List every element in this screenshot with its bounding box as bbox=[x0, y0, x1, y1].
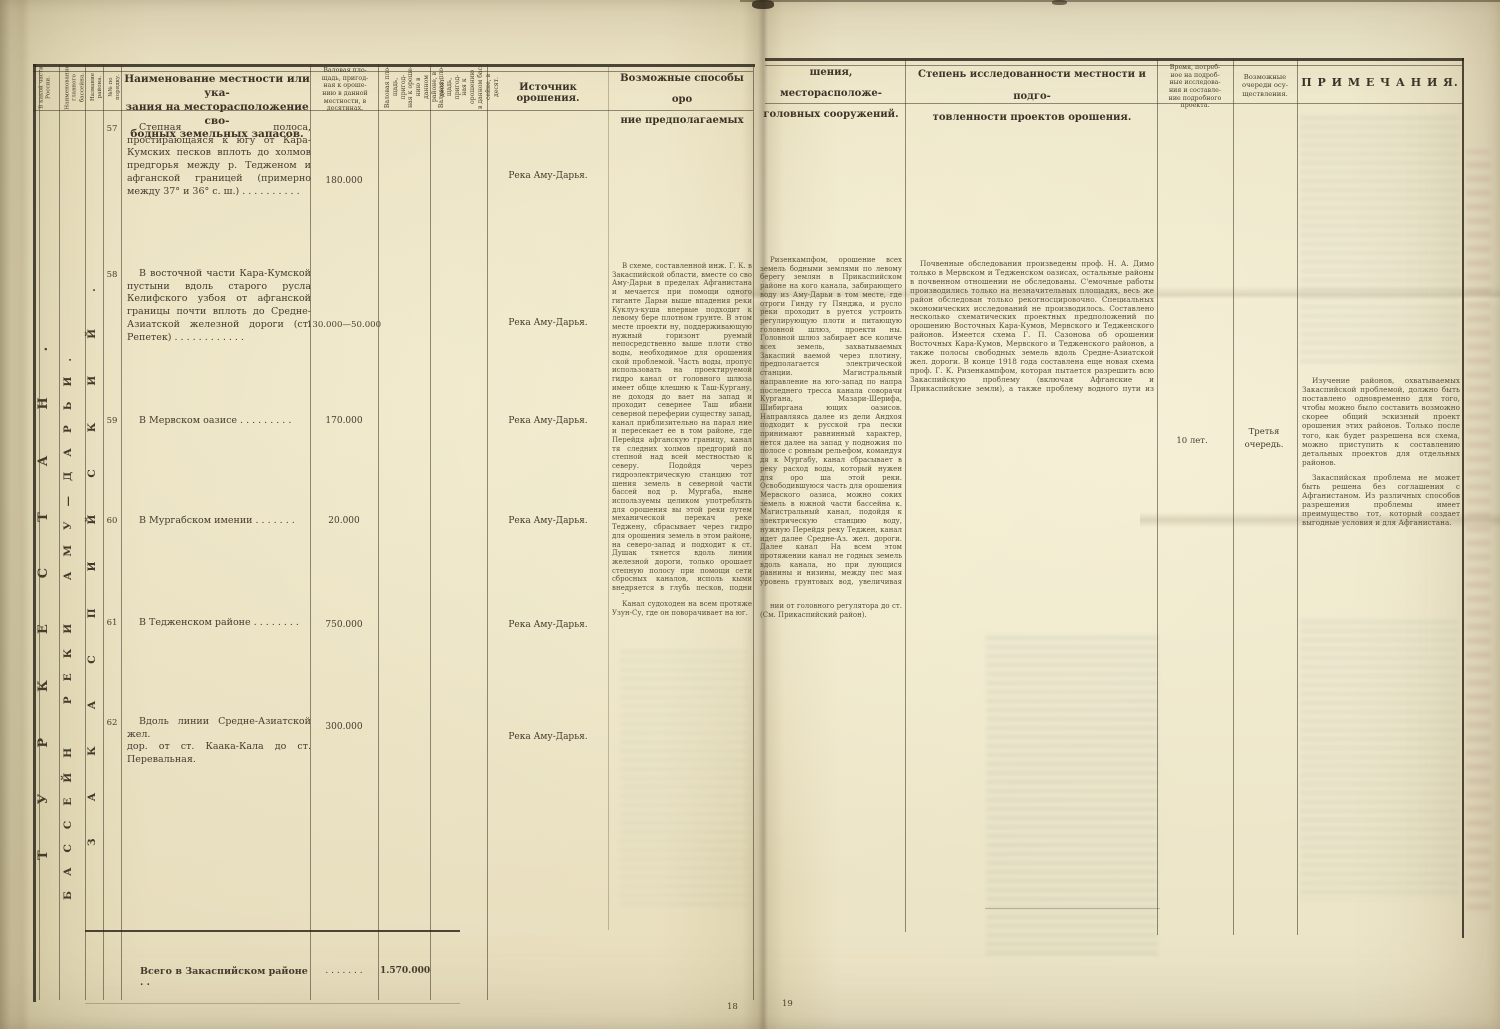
total-dots: . . . . . . . bbox=[312, 966, 376, 976]
grid-line bbox=[765, 58, 1464, 61]
grid-line bbox=[985, 908, 1160, 909]
notes-paragraph: Закаспийская проблема не может быть реше… bbox=[1302, 473, 1460, 528]
col-header-methods-right: шения, месторасположе- головных сооружен… bbox=[757, 62, 905, 125]
row-locality: В Тедженском районе . . . . . . . . bbox=[127, 617, 311, 628]
col-header-source: Источник орошения. bbox=[490, 82, 606, 104]
grid-line bbox=[487, 64, 488, 1000]
col-header-row-number: №№ по порядку. bbox=[108, 64, 116, 110]
methods-right-paragraph: нии от головного регулятора до ст. (См. … bbox=[760, 602, 902, 619]
row-area: 20.000 bbox=[310, 516, 378, 526]
col-header-research: Степень исследованности местности и подг… bbox=[908, 64, 1156, 129]
grid-line bbox=[753, 64, 754, 1000]
side-label-basin: БАССЕЙН РЕКИ АМУ—ДАРЬИ. bbox=[62, 200, 80, 900]
col-header-methods-left: Возможные способы оро ние предполагаемых bbox=[610, 68, 754, 131]
bleedthrough-margin-text bbox=[1466, 150, 1490, 910]
col-header-part-of-russia: В какой части России. bbox=[39, 66, 54, 110]
total-rule bbox=[85, 930, 460, 932]
methods-column-right: Ризенкампфом, орошение всех земель бодны… bbox=[760, 256, 902, 625]
grid-line bbox=[430, 64, 431, 1000]
row-source: Река Аму-Дарья. bbox=[491, 171, 605, 181]
grid-line bbox=[905, 58, 906, 932]
row-source: Река Аму-Дарья. bbox=[491, 318, 605, 328]
row-area: 170.000 bbox=[310, 416, 378, 426]
col-header-time: Время, потреб- ное на подроб- ные исслед… bbox=[1159, 64, 1231, 110]
row-number: 61 bbox=[103, 618, 121, 628]
col-header-area-basin: Валовая пло- щадь, пригод- ная к орошени… bbox=[438, 65, 478, 109]
grid-line bbox=[103, 64, 104, 1000]
row-area: 750.000 bbox=[310, 620, 378, 630]
row-locality: Степная полоса, простирающаяся к югу от … bbox=[127, 122, 311, 198]
research-column-text: Почвенные обследования произведены проф.… bbox=[910, 260, 1154, 394]
row-number: 59 bbox=[103, 416, 121, 426]
grid-line bbox=[608, 64, 609, 930]
row-source: Река Аму-Дарья. bbox=[491, 620, 605, 630]
bleedthrough-text bbox=[1300, 620, 1458, 900]
scanned-book-spread: В какой части России. Наименование главн… bbox=[0, 0, 1500, 1029]
row-area: 180.000 bbox=[310, 176, 378, 186]
row-source: Река Аму-Дарья. bbox=[491, 416, 605, 426]
grid-line bbox=[1462, 58, 1464, 938]
notes-column: Изучение районов, охватываемых Закаспийс… bbox=[1302, 376, 1460, 534]
side-label-district: ЗАКАСПИЙСКИЙ. bbox=[86, 166, 102, 846]
row-number: 60 bbox=[103, 516, 121, 526]
row-source: Река Аму-Дарья. bbox=[491, 516, 605, 526]
col-header-district-name: Название района. bbox=[90, 64, 98, 110]
total-label: Всего в Закаспийском районе . . bbox=[140, 966, 312, 988]
row-area: 130.000—50.000 bbox=[305, 320, 383, 330]
left-scan-edge bbox=[0, 0, 30, 1029]
grid-line bbox=[1297, 58, 1298, 935]
row-source: Река Аму-Дарья. bbox=[491, 732, 605, 742]
row-number: 57 bbox=[103, 124, 121, 134]
scan-top-edge bbox=[740, 0, 1500, 2]
queue-value: Третья очередь. bbox=[1233, 426, 1295, 452]
row-locality: Вдоль линии Средне-Азиатской жел. дор. о… bbox=[127, 716, 311, 767]
row-locality: В Мервском оазисе . . . . . . . . . bbox=[127, 415, 311, 426]
methods-left-paragraph: Канал судоходен на всем протяже Узун-Су,… bbox=[612, 600, 752, 617]
methods-column-left: В схеме, составленной инж. Г. К. в Закас… bbox=[612, 262, 752, 623]
notes-paragraph: Изучение районов, охватываемых Закаспийс… bbox=[1302, 376, 1460, 467]
methods-right-paragraph: Ризенкампфом, орошение всех земель бодны… bbox=[760, 256, 902, 588]
col-header-notes: П Р И М Е Ч А Н И Я. bbox=[1299, 76, 1461, 89]
total-value: 1.570.000 bbox=[380, 966, 428, 976]
col-header-basin-name: Наименование главного бассейна. bbox=[65, 65, 80, 111]
grid-line bbox=[310, 64, 311, 1000]
page-number-left: 18 bbox=[727, 1002, 738, 1012]
grid-line bbox=[59, 64, 60, 1000]
page-number-right: 19 bbox=[782, 999, 793, 1009]
col-header-area-locality: Валовая пло- щадь, пригод- ная к ороше- … bbox=[312, 67, 378, 113]
row-area: 300.000 bbox=[310, 722, 378, 732]
side-label-region: ТУРКЕСТАН. bbox=[36, 245, 56, 860]
grid-line bbox=[121, 64, 122, 1000]
row-locality: В Мургабском имении . . . . . . . bbox=[127, 515, 311, 526]
grid-line bbox=[1233, 58, 1234, 935]
grid-line bbox=[1157, 58, 1158, 935]
bleedthrough-text bbox=[1300, 116, 1458, 368]
time-value: 10 лет. bbox=[1159, 436, 1225, 446]
grid-line bbox=[85, 1003, 460, 1004]
bleedthrough-text bbox=[986, 636, 1158, 958]
col-header-area-district: Валовая пло- щадь, пригод- ная к ороше- … bbox=[384, 65, 424, 109]
col-header-queue: Возможные очереди осу- ществления. bbox=[1235, 73, 1295, 98]
row-locality: В восточной части Кара-Кумской пустыни в… bbox=[127, 268, 311, 344]
grid-line bbox=[378, 64, 379, 1000]
row-number: 58 bbox=[103, 270, 121, 280]
row-number: 62 bbox=[103, 718, 121, 728]
methods-left-paragraph: В схеме, составленной инж. Г. К. в Закас… bbox=[612, 262, 752, 594]
bleedthrough-text bbox=[620, 650, 748, 910]
